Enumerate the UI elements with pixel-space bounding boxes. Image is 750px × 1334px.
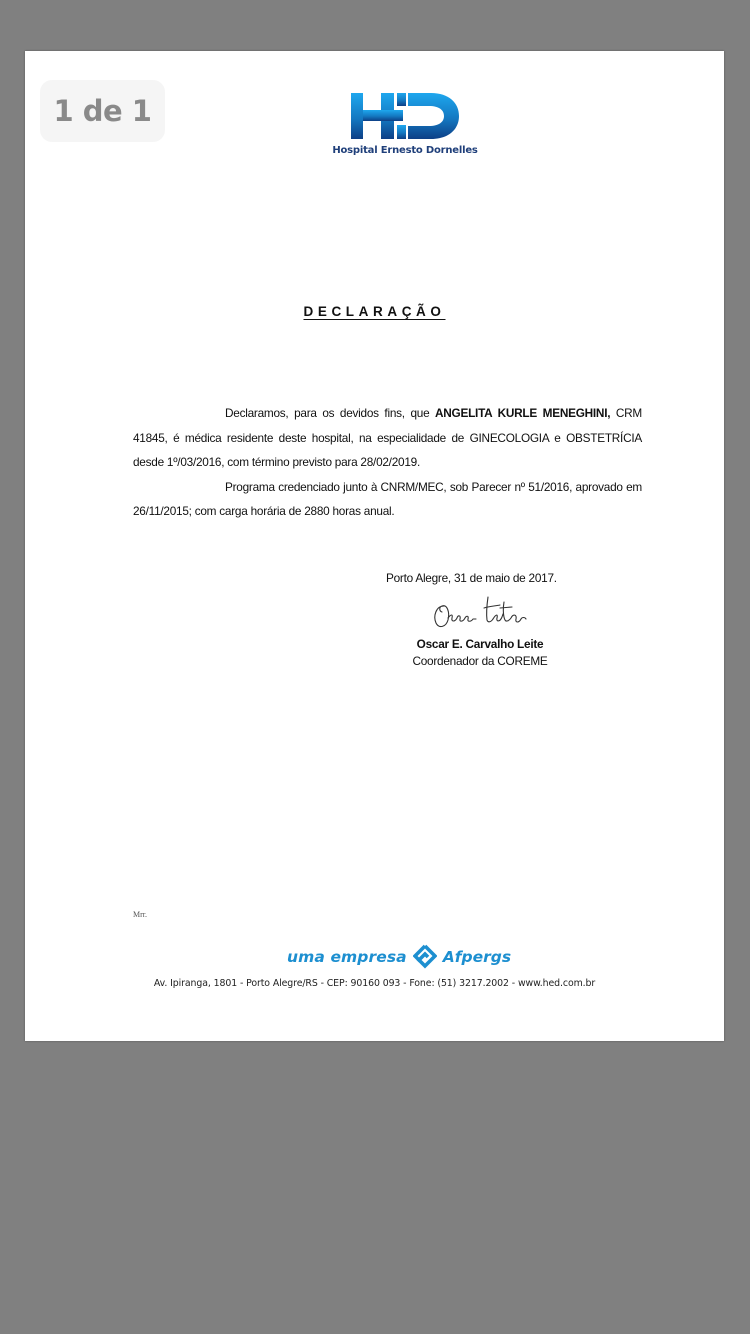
paragraph-program: Programa credenciado junto à CNRM/MEC, s… xyxy=(133,475,642,524)
footer-address: Av. Ipiranga, 1801 - Porto Alegre/RS - C… xyxy=(25,978,724,989)
hospital-logo: Hospital Ernesto Dornelles xyxy=(330,91,480,156)
afpergs-brand: uma empresa Afpergs xyxy=(287,944,511,970)
page-indicator: 1 de 1 xyxy=(40,80,165,142)
document-title: DECLARAÇÃO xyxy=(25,304,724,319)
company-name: Afpergs xyxy=(443,948,511,966)
paragraph-declaration: Declaramos, para os devidos fins, que AN… xyxy=(133,401,642,475)
page-indicator-text: 1 de 1 xyxy=(54,94,152,128)
resident-name: ANGELITA KURLE MENEGHINI, xyxy=(435,406,610,420)
document-body: Declaramos, para os devidos fins, que AN… xyxy=(133,401,642,524)
logo-caption: Hospital Ernesto Dornelles xyxy=(330,145,480,156)
signature-icon xyxy=(430,592,535,632)
typist-initials: Mrr. xyxy=(133,910,147,919)
company-prefix: uma empresa xyxy=(287,948,407,966)
document-page: Hospital Ernesto Dornelles DECLARAÇÃO De… xyxy=(25,51,724,1041)
afpergs-diamond-icon xyxy=(413,944,437,970)
hed-logo-icon xyxy=(349,91,461,141)
signer-name: Oscar E. Carvalho Leite xyxy=(380,637,580,651)
signer-role: Coordenador da COREME xyxy=(380,654,580,668)
place-date: Porto Alegre, 31 de maio de 2017. xyxy=(386,571,557,585)
